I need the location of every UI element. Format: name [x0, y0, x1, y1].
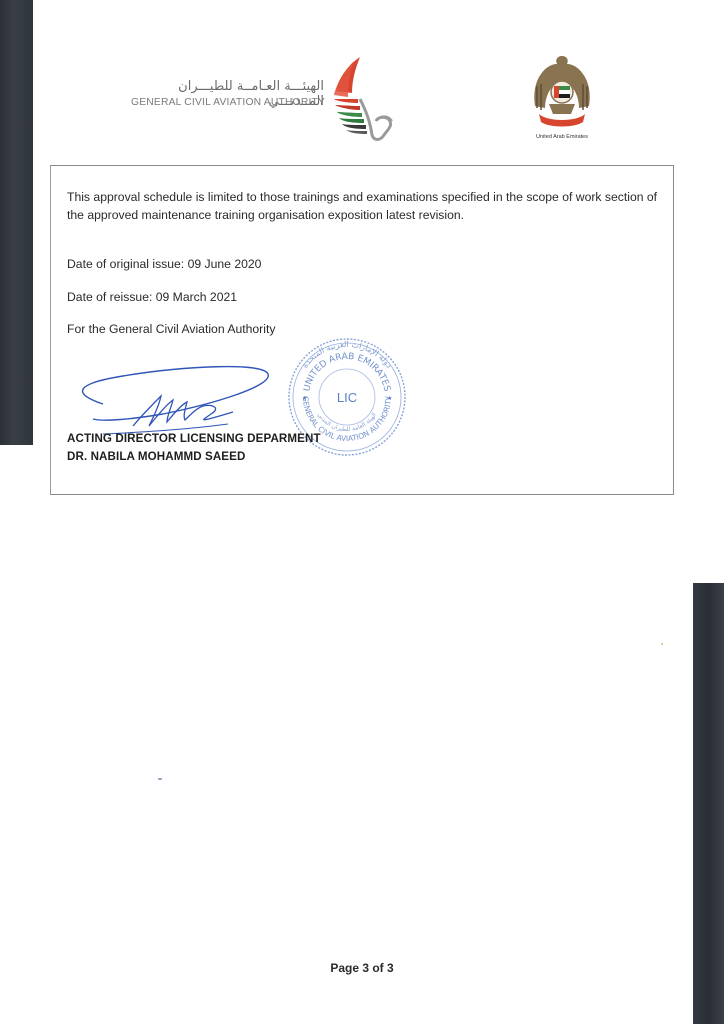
on-behalf-line: For the General Civil Aviation Authority — [67, 320, 275, 338]
signatory-title: ACTING DIRECTOR LICENSING DEPARMENT — [67, 430, 321, 448]
approval-schedule-box: This approval schedule is limited to tho… — [50, 165, 674, 495]
falcon-emblem-icon — [531, 52, 593, 132]
original-issue-date: Date of original issue: 09 June 2020 — [67, 255, 261, 273]
scan-edge-left — [0, 0, 33, 445]
falcon-wing-icon — [330, 55, 396, 143]
scan-edge-right — [693, 583, 724, 1024]
reissue-date: Date of reissue: 09 March 2021 — [67, 288, 237, 306]
signatory-name: DR. NABILA MOHAMMD SAEED — [67, 448, 321, 466]
scan-speck — [158, 778, 162, 780]
emblem-caption: United Arab Emirates — [527, 134, 597, 140]
svg-text:★: ★ — [302, 395, 307, 402]
gcaa-name-english: GENERAL CIVIL AVIATION AUTHORITY — [131, 97, 325, 108]
svg-text:★: ★ — [387, 395, 392, 402]
signatory-block: ACTING DIRECTOR LICENSING DEPARMENT DR. … — [67, 430, 321, 466]
page-number: Page 3 of 3 — [0, 961, 724, 975]
stamp-center-text: LIC — [337, 390, 357, 405]
uae-emblem: United Arab Emirates — [527, 52, 597, 144]
gcaa-logo: الهيئـــة العـامــة للطيـــران المــدنــ… — [128, 55, 398, 145]
limitation-paragraph: This approval schedule is limited to tho… — [67, 188, 667, 224]
scan-speck — [661, 643, 663, 645]
handwritten-signature — [63, 364, 273, 439]
